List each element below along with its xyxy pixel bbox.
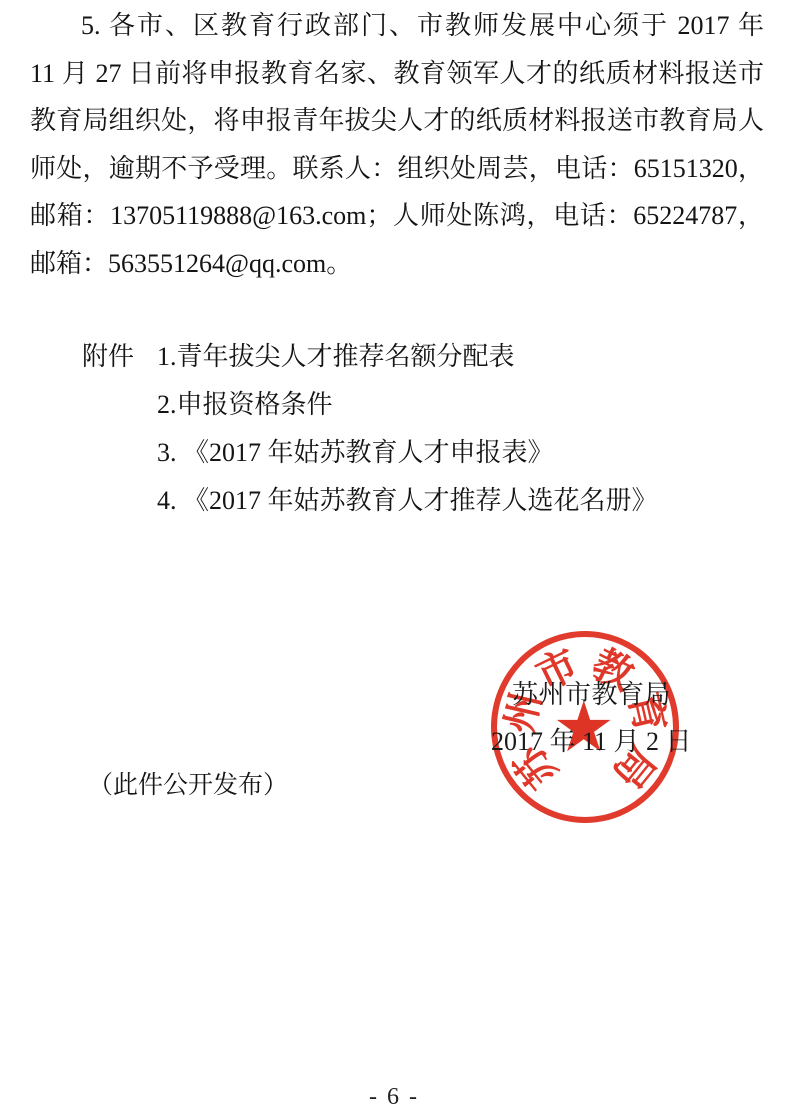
paragraph-line: 邮箱：13705119888@163.com；人师处陈鸿，电话：65224787… bbox=[30, 192, 764, 240]
attachments-label-spacer bbox=[82, 381, 157, 429]
paragraph-5: 5. 各市、区教育行政部门、市教师发展中心须于 2017 年 11 月 27 日… bbox=[30, 2, 764, 287]
attachment-row: 4. 《2017 年姑苏教育人才推荐人选花名册》 bbox=[82, 477, 658, 525]
signature-date: 2017 年 11 月 2 日 bbox=[491, 727, 692, 757]
attachments-list: 附件 1.青年拔尖人才推荐名额分配表 2.申报资格条件 3. 《2017 年姑苏… bbox=[82, 333, 658, 525]
public-release-note: （此件公开发布） bbox=[88, 771, 288, 801]
attachment-item: 3. 《2017 年姑苏教育人才申报表》 bbox=[157, 429, 554, 477]
attachment-item: 4. 《2017 年姑苏教育人才推荐人选花名册》 bbox=[157, 477, 658, 525]
attachment-row: 2.申报资格条件 bbox=[82, 381, 658, 429]
document-page: 5. 各市、区教育行政部门、市教师发展中心须于 2017 年 11 月 27 日… bbox=[0, 0, 800, 1120]
attachment-row: 3. 《2017 年姑苏教育人才申报表》 bbox=[82, 429, 658, 477]
attachment-row: 附件 1.青年拔尖人才推荐名额分配表 bbox=[82, 333, 658, 381]
attachments-label: 附件 bbox=[82, 333, 157, 381]
paragraph-line: 5. 各市、区教育行政部门、市教师发展中心须于 2017 年 bbox=[30, 2, 764, 50]
attachments-label-spacer bbox=[82, 477, 157, 525]
paragraph-line: 邮箱：563551264@qq.com。 bbox=[30, 240, 764, 288]
paragraph-line: 师处，逾期不予受理。联系人：组织处周芸，电话：65151320， bbox=[30, 145, 764, 193]
paragraph-line: 教育局组织处，将申报青年拔尖人才的纸质材料报送市教育局人 bbox=[30, 97, 764, 145]
page-number: - 6 - bbox=[0, 1084, 788, 1111]
attachments-label-spacer bbox=[82, 429, 157, 477]
signature-org-name: 苏州市教育局 bbox=[512, 680, 671, 710]
attachment-item: 2.申报资格条件 bbox=[157, 381, 333, 429]
paragraph-line: 11 月 27 日前将申报教育名家、教育领军人才的纸质材料报送市 bbox=[30, 50, 764, 98]
attachment-item: 1.青年拔尖人才推荐名额分配表 bbox=[157, 333, 515, 381]
